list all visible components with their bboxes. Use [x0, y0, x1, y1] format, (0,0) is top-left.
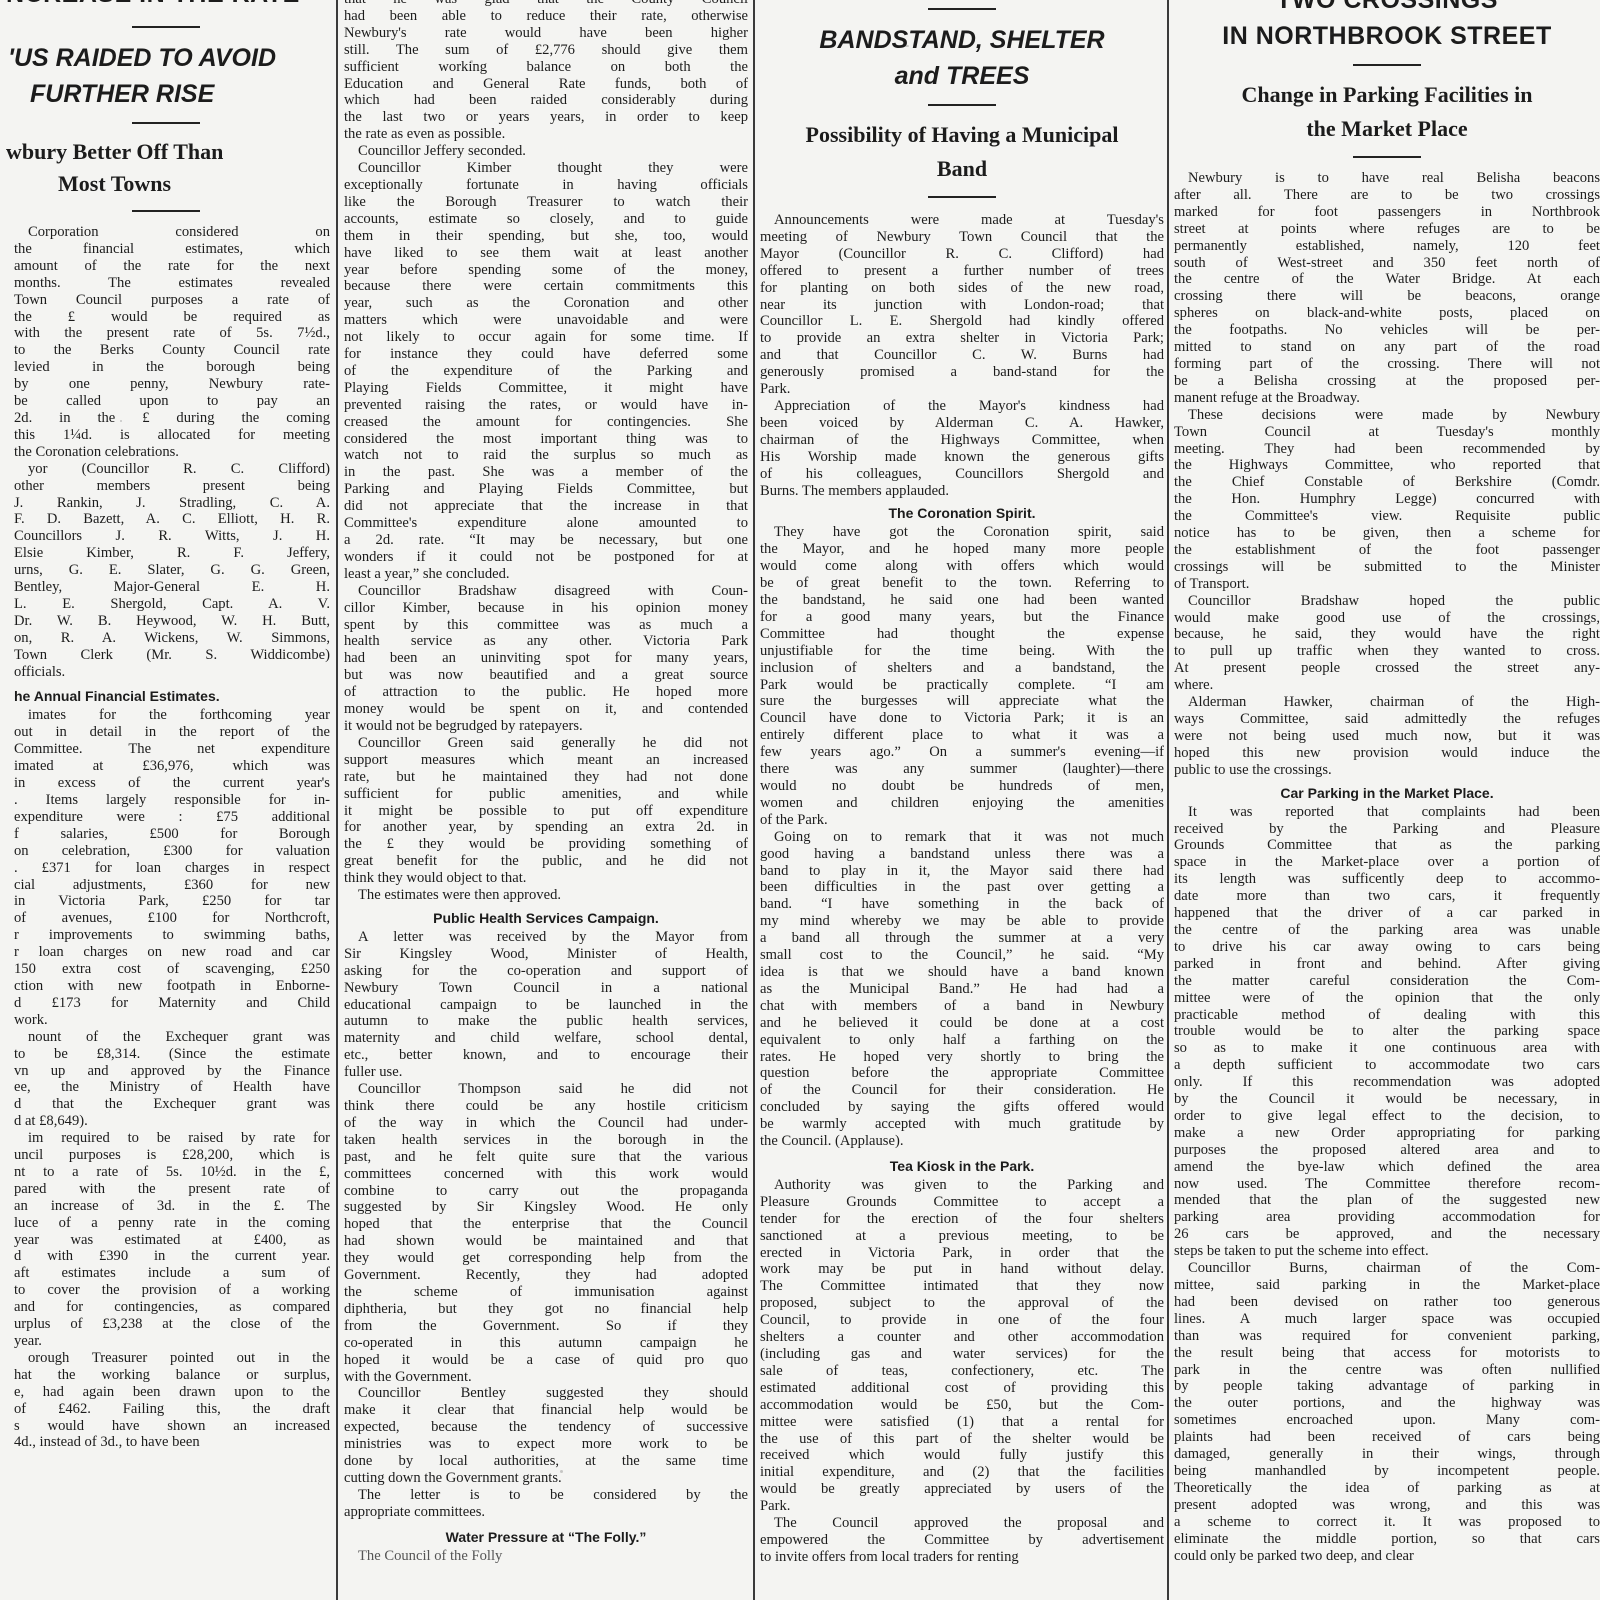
text-line: rate, but he maintained they had not don… [344, 769, 748, 786]
article-body: The Council of the Folly [344, 1548, 748, 1565]
text-line: than was required for convenient parking… [1174, 1328, 1600, 1345]
text-line: diphtheria, but they got no financial he… [344, 1301, 748, 1318]
headline-line: TWO CROSSINGS [1174, 0, 1600, 18]
paragraph: Councillor Burns, chairman of the Com-mi… [1174, 1260, 1600, 1564]
text-line: for a good many years, but the Finance [760, 609, 1164, 626]
text-line: from the Government. So if they [344, 1318, 748, 1335]
text-line: levied in the borough being [14, 359, 330, 376]
text-line: the result being that access for motoris… [1174, 1345, 1600, 1362]
text-line: forming part of the crossing. There will… [1174, 356, 1600, 373]
text-line: Councillor Bradshaw disagreed with Coun- [344, 583, 748, 600]
text-line: Councillor Bentley suggested they should [344, 1385, 748, 1402]
text-line: They have got the Coronation spirit, sai… [760, 524, 1164, 541]
text-line: Council have done to Victoria Park; it i… [760, 710, 1164, 727]
text-line: mittee, said parking in the Market-place [1174, 1277, 1600, 1294]
text-line: of avenues, £100 for Northcroft, [14, 910, 330, 927]
text-line: present adopted was wrong, and this was [1174, 1497, 1600, 1514]
text-line: hoped it would be a case of quid pro quo [344, 1352, 748, 1369]
text-line: make a new Order appropriating for parki… [1174, 1125, 1600, 1142]
text-line: good having a bandstand unless there was… [760, 846, 1164, 863]
text-line: band to play in it, the Mayor said there… [760, 863, 1164, 880]
text-line: a scheme to correct it. It was proposed … [1174, 1514, 1600, 1531]
text-line: mended that the plan of the suggested ne… [1174, 1192, 1600, 1209]
subhead-water-pressure: Water Pressure at “The Folly.” [344, 1527, 748, 1547]
text-line: street at points where refuges are to be [1174, 221, 1600, 238]
column-crossings-article: TWO CROSSINGS IN NORTHBROOK STREET Chang… [1174, 0, 1600, 1600]
text-line: Councillor Bradshaw hoped the public [1174, 593, 1600, 610]
text-line: question before the appropriate Committe… [760, 1065, 1164, 1082]
text-line: of his colleagues, Councillors Shergold … [760, 466, 1164, 483]
text-line: sale of teas, confectionery, etc. The [760, 1363, 1164, 1380]
paragraph-group: that he was glad that the County Council… [344, 0, 748, 904]
text-line: exceptionally fortunate in having offici… [344, 177, 748, 194]
text-line: Councillor Kimber thought they were [344, 160, 748, 177]
text-line: the last two or years years, in order to… [344, 109, 748, 126]
text-line: to invite offers from local traders for … [760, 1549, 1164, 1566]
subhead-tea-kiosk: Tea Kiosk in the Park. [760, 1156, 1164, 1176]
text-line: (including gas and water services) for t… [760, 1346, 1164, 1363]
text-line: uncil purposes is £28,200, which is [14, 1147, 330, 1164]
text-line: spheres on black-and-white posts, placed… [1174, 305, 1600, 322]
text-line: mittee were satisfied (1) that a rental … [760, 1414, 1164, 1431]
text-line: estimated additional cost of providing t… [760, 1380, 1164, 1397]
text-line: . Items largely responsible for in- [14, 792, 330, 809]
text-line: were not being used much now, but it was [1174, 728, 1600, 745]
text-line: urplus of £3,238 at the close of the [14, 1316, 330, 1333]
print-speck [1330, 32, 1333, 35]
text-line: erected in Victoria Park, in order that … [760, 1245, 1164, 1262]
paragraph: A letter was received by the Mayor fromS… [344, 929, 748, 1081]
text-line: by the Council it would be necessary, in [1174, 1091, 1600, 1108]
text-line: order to give legal effect to the decisi… [1174, 1108, 1600, 1125]
text-line: Park. [760, 1498, 1164, 1515]
text-line: concluded by saying the gifts offered wo… [760, 1099, 1164, 1116]
text-line: amend the bye-law which defined the area [1174, 1159, 1600, 1176]
headline-rule [928, 104, 996, 106]
text-line: The Council of the Folly [344, 1548, 748, 1565]
text-line: The Committee intimated that they now [760, 1278, 1164, 1295]
text-line: there was any summer (laughter)—there [760, 761, 1164, 778]
text-line: hoped that the enterprise that the Counc… [344, 1216, 748, 1233]
article-body: A letter was received by the Mayor fromS… [344, 929, 748, 1521]
text-line: now used. The Committee therefore recom- [1174, 1176, 1600, 1193]
text-line: meeting of Newbury Town Council that the [760, 229, 1164, 246]
text-line: nount of the Exchequer grant was [14, 1029, 330, 1046]
text-line: Going on to remark that it was not much [760, 829, 1164, 846]
column-rate-increase-article: NCREASE IN THE RATE 'US RAIDED TO AVOID … [0, 0, 332, 1600]
deck-line: wbury Better Off Than [0, 136, 332, 168]
paragraph: It was reported that complaints had been… [1174, 804, 1600, 1260]
text-line: aft estimates include a sum of [14, 1265, 330, 1282]
text-line: generously promised a band-stand for the [760, 364, 1164, 381]
text-line: Government. Recently, they had adopted [344, 1267, 748, 1284]
text-line: wonders if it could not be postponed for… [344, 549, 748, 566]
text-line: be warmly accepted with much gratitude b… [760, 1116, 1164, 1133]
text-line: committees concerned with this work woul… [344, 1166, 748, 1183]
text-line: Park would be practically complete. “I a… [760, 677, 1164, 694]
paragraph: Councillor Bradshaw disagreed with Coun-… [344, 583, 748, 735]
text-line: parking area providing accommodation for [1174, 1209, 1600, 1226]
text-line: expected, because the tendency of succes… [344, 1419, 748, 1436]
print-speck [905, 45, 909, 47]
text-line: only. If this recommendation was adopted [1174, 1074, 1600, 1091]
text-line: least a year,” she concluded. [344, 566, 748, 583]
text-line: think there could be any hostile critici… [344, 1098, 748, 1115]
text-line: unjustifiable for the time being. With t… [760, 643, 1164, 660]
text-line: with the Government. [344, 1369, 748, 1386]
paragraph: Going on to remark that it was not muchg… [760, 829, 1164, 1150]
text-line: matters which were unavoidable and were [344, 312, 748, 329]
text-line: the matter careful consideration the Com… [1174, 973, 1600, 990]
text-line: to drive his car away owing to cars bein… [1174, 939, 1600, 956]
text-line: permanently established, namely, 120 fee… [1174, 238, 1600, 255]
text-line: had been able to reduce their rate, othe… [344, 8, 748, 25]
top-headline-partial: NCREASE IN THE RATE [0, 0, 332, 12]
text-line: of the way in which the Council had unde… [344, 1115, 748, 1132]
text-line: Councillor Thompson said he did not [344, 1081, 748, 1098]
text-line: manent refuge at the Broadway. [1174, 390, 1600, 407]
paragraph: Councillor Bradshaw hoped the publicwoul… [1174, 593, 1600, 694]
paragraph: Corporation considered onthe financial e… [14, 224, 330, 461]
text-line: d that the Exchequer grant was [14, 1096, 330, 1113]
text-line: co-operated in this autumn campaign he [344, 1335, 748, 1352]
text-line: the use of this part of the shelter woul… [760, 1431, 1164, 1448]
text-line: mitted to stand on any part of the road [1174, 339, 1600, 356]
text-line: L. E. Shergold, Capt. A. V. [14, 596, 330, 613]
text-line: Appreciation of the Mayor's kindness had [760, 398, 1164, 415]
text-line: Mayor (Councillor R. C. Clifford) had [760, 246, 1164, 263]
text-line: accommodation would be £50, but the Com- [760, 1397, 1164, 1414]
text-line: money would be spent on it, and contende… [344, 701, 748, 718]
text-line: At present people crossed the street any… [1174, 660, 1600, 677]
article-body: They have got the Coronation spirit, sai… [760, 524, 1164, 1150]
text-line: practicable method of dealing with this [1174, 1007, 1600, 1024]
deck-line: Change in Parking Facilities in [1174, 78, 1600, 112]
text-line: asking for the co-operation and support … [344, 963, 748, 980]
text-line: Council, to provide in one of the four [760, 1312, 1164, 1329]
text-line: offered to present a further number of t… [760, 263, 1164, 280]
deck-line: Most Towns [0, 168, 332, 200]
text-line: would come along with offers which would [760, 558, 1164, 575]
text-line: because, he said, they would have the ri… [1174, 626, 1600, 643]
text-line: ee, the Ministry of Health have [14, 1079, 330, 1096]
text-line: 2d. in the £ during the coming [14, 410, 330, 427]
text-line: notice has to be given, then a scheme fo… [1174, 525, 1600, 542]
paragraph: Appreciation of the Mayor's kindness had… [760, 398, 1164, 499]
text-line: the Hon. Humphry Legge) concurred with [1174, 491, 1600, 508]
text-line: Councillor Green said generally he did n… [344, 735, 748, 752]
text-line: lines. A much larger space was occupied [1174, 1311, 1600, 1328]
text-line: s would have shown an increased [14, 1418, 330, 1435]
text-line: could only be parked two deep, and clear [1174, 1548, 1600, 1565]
text-line: Committee. The net expenditure [14, 741, 330, 758]
text-line: accounts, estimate so closely, and to gu… [344, 211, 748, 228]
text-line: Announcements were made at Tuesday's [760, 212, 1164, 229]
text-line: the Highways Committee, who reported tha… [1174, 457, 1600, 474]
text-line: chat with members of a band in Newbury [760, 998, 1164, 1015]
subhead-car-parking: Car Parking in the Market Place. [1174, 783, 1600, 803]
text-line: would make good use of the crossings, [1174, 610, 1600, 627]
paragraph-group: Authority was given to the Parking andPl… [760, 1177, 1164, 1566]
text-line: women and children enjoying the amenitie… [760, 795, 1164, 812]
text-line: Town Clerk (Mr. S. Widdicombe) [14, 647, 330, 664]
text-line: them in their spending, but she, too, wo… [344, 228, 748, 245]
headline-line: IN NORTHBROOK STREET [1174, 18, 1600, 54]
text-line: urns, G. E. Slater, G. G. Green, [14, 562, 330, 579]
text-line: the £ they would be providing something … [344, 836, 748, 853]
headline-rule [132, 26, 200, 28]
text-line: for instance they could have deferred so… [344, 346, 748, 363]
text-line: have liked to see them wait at least ano… [344, 245, 748, 262]
text-line: Authority was given to the Parking and [760, 1177, 1164, 1194]
text-line: Playing Fields Committee, it might have [344, 380, 748, 397]
text-line: of £462. Failing this, the draft [14, 1401, 330, 1418]
text-line: Committee had thought the expense [760, 626, 1164, 643]
headline-rule [1353, 156, 1421, 158]
paragraph: Councillor Bentley suggested they should… [344, 1385, 748, 1486]
text-line: on, R. A. Wickens, W. Simmons, [14, 630, 330, 647]
text-line: crossing there will be beacons, orange [1174, 288, 1600, 305]
text-line: . £371 for loan charges in respect [14, 860, 330, 877]
article-body: imates for the forthcoming yearout in de… [0, 707, 332, 1451]
text-line: Newbury is to have real Belisha beacons [1174, 170, 1600, 187]
text-line: of the expenditure of the Parking and [344, 363, 748, 380]
text-line: mittee were of the opinion that the only [1174, 990, 1600, 1007]
text-line: r improvements to swimming baths, [14, 927, 330, 944]
text-line: sufficient working balance on both the [344, 59, 748, 76]
text-line: and for contingencies, as compared [14, 1299, 330, 1316]
text-line: sanctioned at a previous meeting, to be [760, 1228, 1164, 1245]
text-line: shelters a counter and other accommodati… [760, 1329, 1164, 1346]
headline-rule [132, 122, 200, 124]
paragraph-group: Announcements were made at Tuesday'smeet… [760, 212, 1164, 499]
text-line: ction with new footpath in Enborne- [14, 978, 330, 995]
text-line: empowered the Committee by advertisement [760, 1532, 1164, 1549]
text-line: of Transport. [1174, 576, 1600, 593]
text-line: imated at £36,976, which was [14, 758, 330, 775]
text-line: Committee's expenditure alone amounted t… [344, 515, 748, 532]
text-line: vn up and approved by the Finance [14, 1063, 330, 1080]
text-line: to pull up traffic when they wanted to c… [1174, 643, 1600, 660]
text-line: a depth sufficient to accommodate two ca… [1174, 1057, 1600, 1074]
text-line: the Coronation celebrations. [14, 444, 330, 461]
text-line: Alderman Hawker, chairman of the High- [1174, 694, 1600, 711]
text-line: health service as any other. Victoria Pa… [344, 633, 748, 650]
text-line: a band all through the summer at a very [760, 930, 1164, 947]
text-line: because there were certain commitments t… [344, 278, 748, 295]
text-line: prevented raising the rates, or would ha… [344, 397, 748, 414]
text-line: sometimes encroached upon. Many com- [1174, 1412, 1600, 1429]
text-line: Corporation considered on [14, 224, 330, 241]
text-line: yor (Councillor R. C. Clifford) [14, 461, 330, 478]
text-line: tender for the erection of the four shel… [760, 1211, 1164, 1228]
paragraph: Councillor Jeffery seconded. [344, 143, 748, 160]
paragraph: The estimates were then approved. [344, 887, 748, 904]
text-line: after all. There are to be two crossings [1174, 187, 1600, 204]
text-line: eliminate the middle portion, so that ca… [1174, 1531, 1600, 1548]
text-line: maternity and child welfare, school dent… [344, 1030, 748, 1047]
text-line: parked in front and behind. After giving [1174, 956, 1600, 973]
text-line: being manhandled by incompetent people. [1174, 1463, 1600, 1480]
text-line: work may be put in hand without delay. [760, 1261, 1164, 1278]
text-line: by people taking advantage of parking in [1174, 1378, 1600, 1395]
text-line: Theoretically the idea of parking as at [1174, 1480, 1600, 1497]
text-line: near its junction with London-road; that [760, 297, 1164, 314]
paragraph: Announcements were made at Tuesday'smeet… [760, 212, 1164, 398]
text-line: pared with the present rate of [14, 1181, 330, 1198]
text-line: expenditure were : £75 additional [14, 809, 330, 826]
deck-line: Band [760, 152, 1164, 186]
article-body: Authority was given to the Parking andPl… [760, 1177, 1164, 1566]
print-speck [120, 420, 122, 422]
text-line: the establishment of the foot passenger [1174, 542, 1600, 559]
text-line: considered the most important thing was … [344, 431, 748, 448]
text-line: ministries was to expect more work to be [344, 1436, 748, 1453]
text-line: e, had again been drawn upon to the [14, 1384, 330, 1401]
text-line: where. [1174, 677, 1600, 694]
text-line: the Committee's view. Requisite public [1174, 508, 1600, 525]
text-line: educational campaign to be launched in t… [344, 997, 748, 1014]
headline-line: 'US RAIDED TO AVOID [0, 40, 332, 76]
paragraph: They have got the Coronation spirit, sai… [760, 524, 1164, 828]
text-line: F. D. Bazett, A. C. Elliott, H. R. [14, 511, 330, 528]
text-line: cutting down the Government grants. [344, 1470, 748, 1487]
text-line: support measures which meant an increase… [344, 752, 748, 769]
text-line: work. [14, 1012, 330, 1029]
text-line: received which would fully justify this [760, 1447, 1164, 1464]
text-line: inclusion of shelters and a bandstand, t… [760, 660, 1164, 677]
text-line: on celebration, £300 for valuation [14, 843, 330, 860]
text-line: creased the amount for contingencies. Sh… [344, 414, 748, 431]
deck-line: the Market Place [1174, 112, 1600, 146]
subhead-annual-financial-estimates: he Annual Financial Estimates. [0, 686, 332, 706]
text-line: a 2d. rate. “It may be necessary, but on… [344, 532, 748, 549]
text-line: Bentley, Major-General E. H. [14, 579, 330, 596]
deck-line: Possibility of Having a Municipal [760, 118, 1164, 152]
text-line: fuller use. [344, 1064, 748, 1081]
text-line: cial adjustments, £360 for new [14, 877, 330, 894]
text-line: had been devised on rather too generous [1174, 1294, 1600, 1311]
paragraph-group: Corporation considered onthe financial e… [14, 224, 330, 680]
text-line: for planting on both sides of the new ro… [760, 280, 1164, 297]
text-line: f salaries, £500 for Borough [14, 826, 330, 843]
text-line: this 1¼d. is allocated for meeting [14, 427, 330, 444]
text-line: of attraction to the public. He hoped mo… [344, 684, 748, 701]
text-line: an increase of 3d. in the £. The [14, 1198, 330, 1215]
text-line: suggested by Sir Kingsley Wood. He only [344, 1199, 748, 1216]
paragraph: Councillor Thompson said he did notthink… [344, 1081, 748, 1385]
text-line: The Council approved the proposal and [760, 1515, 1164, 1532]
text-line: as the Municipal Band.” He had had a [760, 981, 1164, 998]
text-line: months. The estimates revealed [14, 275, 330, 292]
text-line: luce of a penny rate in the coming [14, 1215, 330, 1232]
paragraph: orough Treasurer pointed out in thehat t… [14, 1350, 330, 1451]
print-speck [470, 60, 473, 63]
text-line: Town Council purposes a rate of [14, 292, 330, 309]
text-line: the outer portions, and the highway was [1174, 1395, 1600, 1412]
text-line: Parking and Playing Fields Committee, bu… [344, 481, 748, 498]
paragraph-group: A letter was received by the Mayor fromS… [344, 929, 748, 1521]
paragraph-group: They have got the Coronation spirit, sai… [760, 524, 1164, 1150]
text-line: the Council. (Applause). [760, 1133, 1164, 1150]
text-line: the financial estimates, which [14, 241, 330, 258]
text-line: autumn to make the public health service… [344, 1013, 748, 1030]
headline-rule [1353, 64, 1421, 66]
text-line: of the Park. [760, 812, 1164, 829]
text-line: that he was glad that the County Council [344, 0, 748, 8]
text-line: and he believed it could be done at a co… [760, 1015, 1164, 1032]
paragraph: Alderman Hawker, chairman of the High-wa… [1174, 694, 1600, 779]
text-line: and that Councillor C. W. Burns had [760, 347, 1164, 364]
column-council-debate: that he was glad that the County Council… [344, 0, 748, 1600]
text-line: been difficulties in the past over getti… [760, 879, 1164, 896]
text-line: d at £8,649). [14, 1113, 330, 1130]
text-line: would no doubt be hundreds of men, [760, 778, 1164, 795]
text-line: of the Council for their consideration. … [760, 1082, 1164, 1099]
text-line: great benefit for the public, and he did… [344, 853, 748, 870]
text-line: sufficient for public amenities, and whi… [344, 786, 748, 803]
text-line: year before spending some of the money, [344, 262, 748, 279]
paragraph: that he was glad that the County Council… [344, 0, 748, 143]
text-line: appropriate committees. [344, 1504, 748, 1521]
paragraph: Newbury is to have real Belisha beaconsa… [1174, 170, 1600, 407]
text-line: equivalent to only half a farthing on th… [760, 1032, 1164, 1049]
text-line: band. “I have something in the back of [760, 896, 1164, 913]
article-body: Newbury is to have real Belisha beaconsa… [1174, 170, 1600, 779]
text-line: past, and he felt quite sure that the va… [344, 1149, 748, 1166]
text-line: im required to be raised by rate for [14, 1130, 330, 1147]
text-line: my mind whereby we may be able to provid… [760, 913, 1164, 930]
paragraph: These decisions were made by NewburyTown… [1174, 407, 1600, 593]
subhead-public-health-campaign: Public Health Services Campaign. [344, 908, 748, 928]
text-line: think they would object to that. [344, 870, 748, 887]
text-line: d with £390 in the current year. [14, 1248, 330, 1265]
text-line: d £173 for Maternity and Child [14, 995, 330, 1012]
text-line: south of West-street and 350 feet north … [1174, 255, 1600, 272]
text-line: 26 cars be approved, and the necessary [1174, 1226, 1600, 1243]
text-line: Dr. W. B. Heywood, W. H. Butt, [14, 613, 330, 630]
text-line: the rate as even as possible. [344, 126, 748, 143]
headline-rule [928, 8, 996, 10]
text-line: the scheme of immunisation against [344, 1284, 748, 1301]
text-line: Councillor L. E. Shergold had kindly off… [760, 313, 1164, 330]
text-line: to the Berks County Council rate [14, 342, 330, 359]
text-line: they would get corresponding help from t… [344, 1250, 748, 1267]
text-line: combine to carry out the propaganda [344, 1183, 748, 1200]
text-line: These decisions were made by Newbury [1174, 407, 1600, 424]
text-line: park in the centre was often nullified [1174, 1362, 1600, 1379]
text-line: still. The sum of £2,776 should give the… [344, 42, 748, 59]
text-line: spent by this committee was as much a [344, 617, 748, 634]
text-line: Grounds Committee that as the parking [1174, 837, 1600, 854]
text-line: Councillors J. R. Witts, J. H. [14, 528, 330, 545]
paragraph: Councillor Green said generally he did n… [344, 735, 748, 887]
text-line: did not appreciate that the increase in … [344, 498, 748, 515]
text-line: in excess of the current year's [14, 775, 330, 792]
text-line: year was estimated at £400, as [14, 1232, 330, 1249]
text-line: imates for the forthcoming year [14, 707, 330, 724]
text-line: r loan charges on new road and car [14, 944, 330, 961]
text-line: year. [14, 1333, 330, 1350]
paragraph: imates for the forthcoming yearout in de… [14, 707, 330, 1028]
text-line: date more than two cars, it frequently [1174, 888, 1600, 905]
text-line: entirely different place to what it was … [760, 727, 1164, 744]
text-line: Education and General Rate funds, both o… [344, 76, 748, 93]
article-body: Corporation considered onthe financial e… [0, 224, 332, 680]
article-body: that he was glad that the County Council… [344, 0, 748, 904]
text-line: public to use the crossings. [1174, 762, 1600, 779]
text-line: had been an uninviting spot for many yea… [344, 650, 748, 667]
